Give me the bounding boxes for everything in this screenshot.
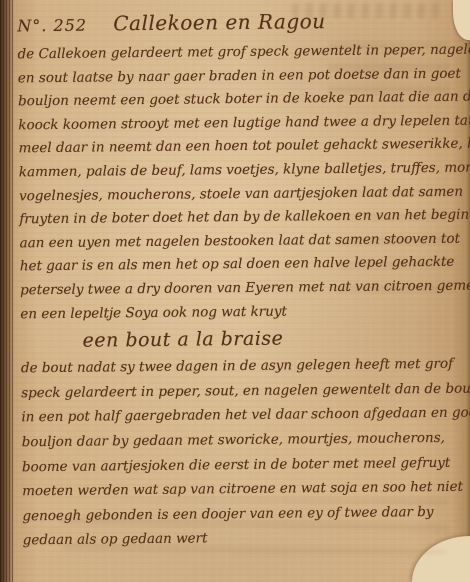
- book-binding-edge: [0, 0, 14, 582]
- manuscript-line: en een lepeltje Soya ook nog wat kruyt: [20, 298, 462, 326]
- section-title: een bout a la braise: [20, 323, 462, 357]
- manuscript-line: genoegh gebonden is een doojer van een e…: [22, 499, 464, 528]
- recipe-title: Callekoen en Ragou: [113, 9, 326, 35]
- recipe2-paragraph: de bout nadat sy twee dagen in de asyn g…: [21, 352, 465, 553]
- page-header: N°. 252 Callekoen en Ragou: [17, 8, 459, 44]
- manuscript-line: gedaan als op gedaan wert: [23, 524, 465, 553]
- recipe1-paragraph: de Callekoen gelardeert met grof speck g…: [18, 39, 463, 327]
- recipe-number: N°. 252: [17, 15, 113, 35]
- handwritten-content: N°. 252 Callekoen en Ragou de Callekoen …: [17, 8, 465, 553]
- manuscript-page: N°. 252 Callekoen en Ragou de Callekoen …: [0, 0, 470, 582]
- manuscript-line: petersely twee a dry dooren van Eyeren m…: [20, 275, 462, 303]
